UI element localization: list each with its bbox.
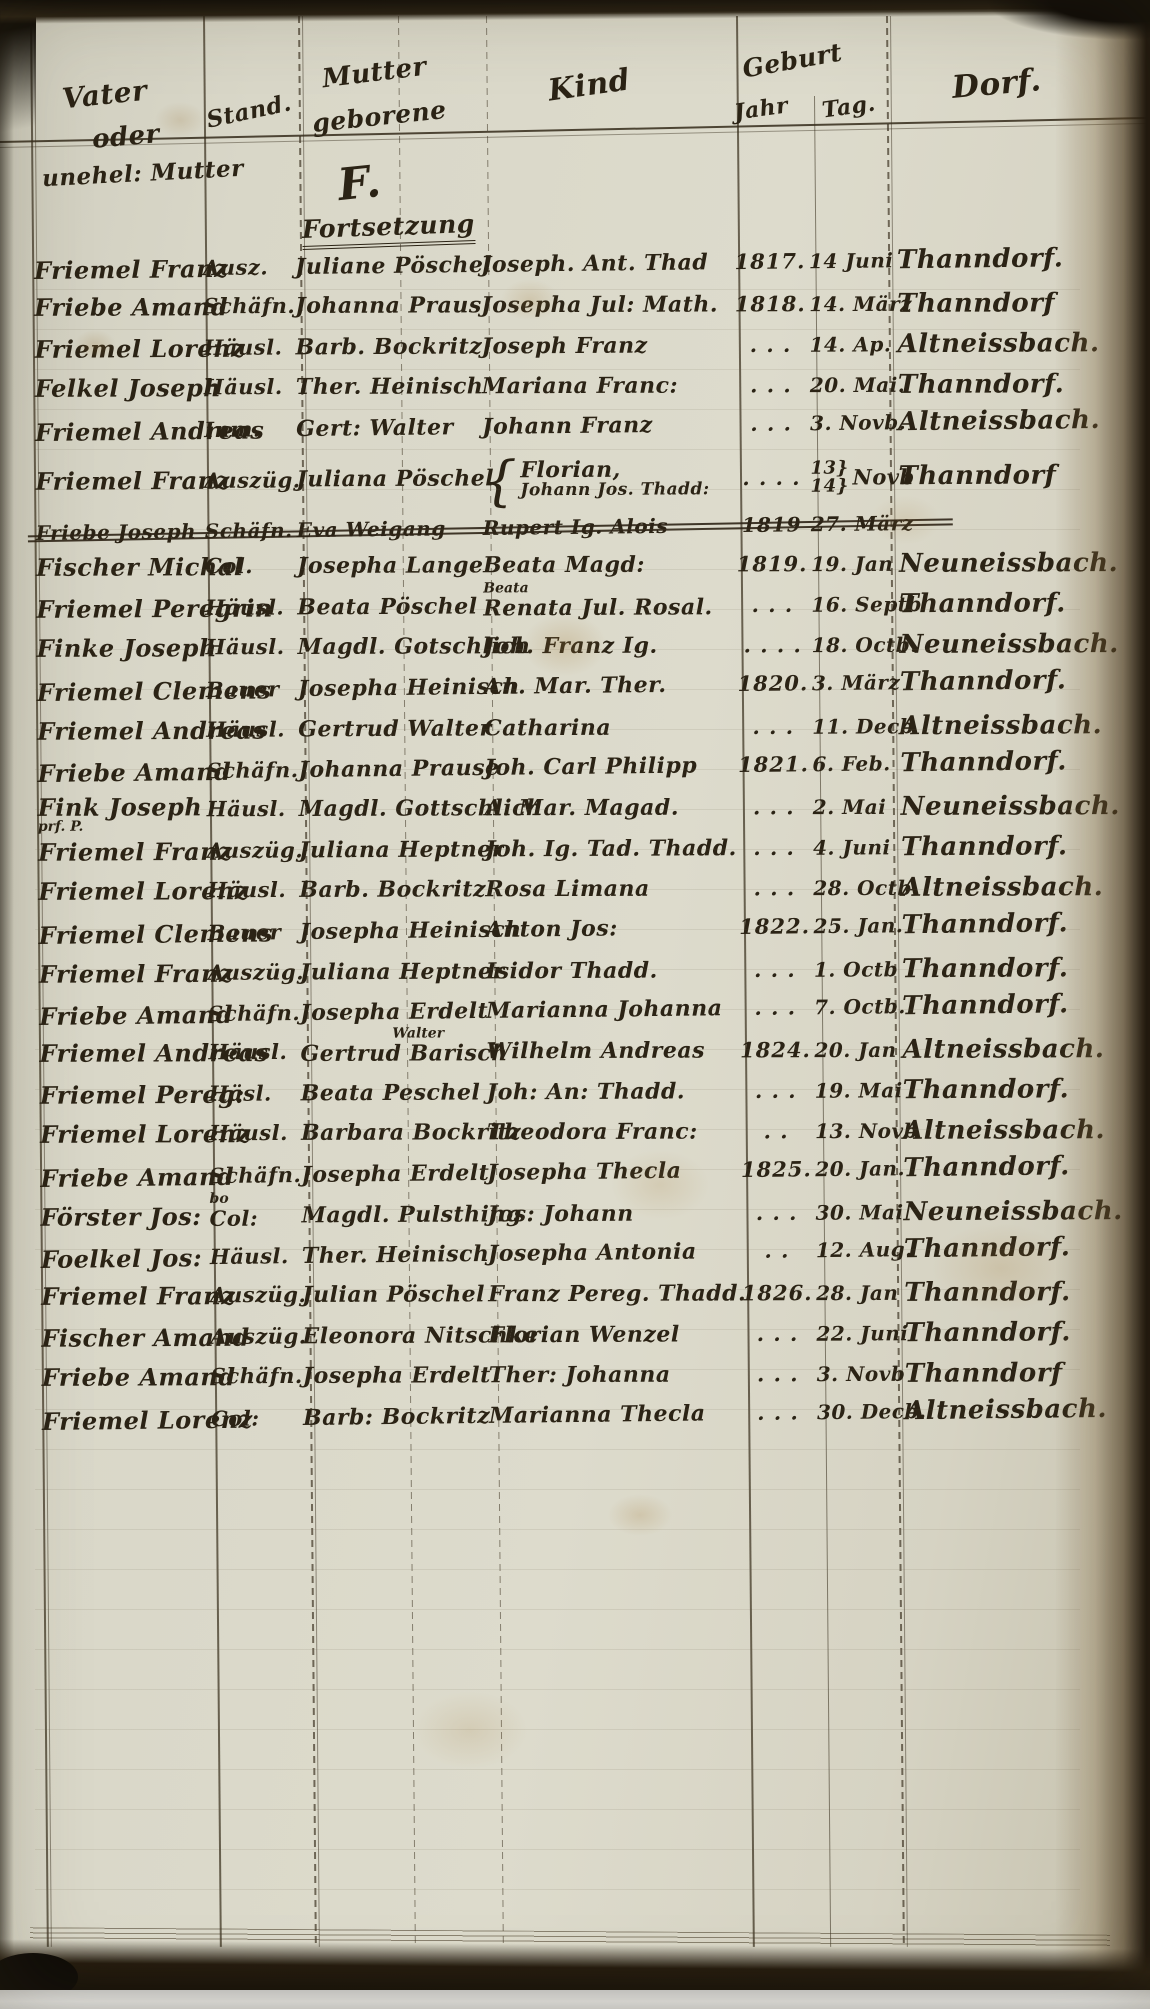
child-cell: Mariana Franc: (482, 374, 732, 398)
stand-cell: Häusl. (201, 597, 297, 620)
father-cell: Friebe Amand (34, 1363, 207, 1389)
village-cell: Thanndorf. (884, 370, 1102, 398)
village-cell: Altneissbach. (891, 1395, 1109, 1425)
mother-cell: Magdl. Pulsthing (302, 1203, 488, 1227)
birth-year-cell: . . . (739, 1401, 817, 1424)
stand-cell: Auszüg. (204, 961, 300, 984)
village-cell: Altneissbach. (889, 1116, 1107, 1144)
birth-year-cell: . . . (736, 996, 814, 1019)
birth-day-cell: 14 Juni (809, 250, 883, 272)
birth-day-cell: 14. März (809, 293, 883, 314)
birth-day-cell: 6. Feb. (812, 753, 886, 775)
father-cell: Friemel Franz (26, 256, 199, 283)
birth-day-cell: 16. Septb (811, 594, 885, 615)
page-stack-lines (30, 1927, 1110, 1949)
birth-year-cell: 1818. (731, 293, 809, 315)
birth-day-cell: 4. Juni (813, 837, 887, 858)
child-cell: Anton Jos: (485, 916, 735, 942)
header-birth-day: Tag. (820, 90, 877, 123)
header-child: Kind (546, 62, 632, 108)
birth-year-cell: 1821. (734, 753, 812, 776)
birth-year-cell: . . . (738, 1201, 816, 1223)
father-cell: Friebe Amand (29, 759, 202, 786)
stand-cell: Schäfn. (207, 1365, 303, 1387)
stand-cell: Auszüg. (206, 1284, 302, 1306)
mother-cell: Eleonora Nitschke (302, 1324, 488, 1348)
father-cell: Friemel Andreas (27, 418, 200, 445)
header-stand: Stand. (204, 89, 294, 133)
birth-year-cell: 1824. (736, 1039, 814, 1061)
stand-cell: Schäfn. (199, 295, 295, 317)
mother-cell: Josepha Heinisch (300, 919, 486, 944)
child-cell: Josepha Jul: Math. (481, 293, 731, 317)
birth-year-cell: . . . (735, 837, 813, 859)
father-cell: Friebe Amand (31, 1002, 204, 1029)
village-cell: Thanndorf. (889, 1076, 1107, 1104)
village-cell: Thanndorf. (883, 245, 1101, 275)
table-row: Friemel Lorenz Häusl. Barb. Bockritz Jos… (26, 323, 1101, 369)
stand-cell: Häusl. (204, 1041, 300, 1063)
stand-cell: Col: (207, 1407, 303, 1430)
village-cell (885, 520, 1103, 522)
father-cell: Friemel Clemens (31, 921, 204, 948)
village-cell: Thanndorf. (887, 833, 1105, 861)
birth-year-cell: 1822. (735, 915, 813, 938)
birth-day-cell: 20. Mai. (810, 374, 884, 395)
header-village: Dorf. (951, 62, 1043, 106)
header-father-line3: unehel: Mutter (41, 155, 244, 193)
village-cell: Altneissbach. (884, 407, 1102, 437)
father-cell: Finke Joseph (29, 634, 202, 660)
village-cell: Altneissbach. (887, 873, 1105, 901)
mother-cell: Josepha Heinisch (298, 676, 484, 701)
mother-cell: Juliana Pöschel (296, 467, 482, 491)
child-cell: Joseph. Ant. Thad (481, 251, 731, 277)
cover-corner (0, 1953, 78, 2001)
village-cell: Thanndorf. (886, 747, 1104, 777)
village-cell: Neuneissbach. (886, 630, 1119, 658)
table-row: Fink Josephprf. P. Häusl. Magdl. Gottsch… (30, 786, 1105, 830)
village-cell: Thanndorf. (887, 909, 1105, 939)
birth-year-cell: . . . (735, 877, 813, 899)
birth-day-cell: 28. Jan (816, 1282, 890, 1303)
stand-cell: Häusl. (202, 636, 298, 658)
village-cell: Altneissbach. (886, 711, 1104, 739)
birth-year-cell: . . . (736, 958, 814, 980)
birth-year-cell: . . . (739, 1363, 817, 1385)
birth-day-cell: 1. Octb (814, 959, 888, 980)
village-cell: Thanndorf. (890, 1278, 1108, 1306)
rule-header-bottom-2 (0, 123, 1150, 148)
village-cell: Neuneissbach. (887, 792, 1120, 820)
stand-cell: Häusl. (206, 1245, 302, 1268)
mother-cell: Juliana Heptner (299, 838, 485, 862)
birth-year-cell: 1826. (738, 1282, 816, 1304)
rule-header-bottom-1 (0, 117, 1150, 143)
father-cell: Friemel Andreas (29, 717, 202, 743)
stand-cell: Häusl. (203, 798, 299, 820)
section-letter: F. (335, 156, 383, 211)
table-row: Friemel Peregrin Häusl. Beata Pöschel Be… (28, 583, 1103, 629)
mother-cell: Julian Pöschel (302, 1282, 488, 1306)
birth-year-cell: . . (738, 1239, 816, 1262)
table-row: Friemel Franz Auszüg. Julian Pöschel Fra… (33, 1272, 1108, 1316)
birth-day-cell: 3. Novb. (810, 412, 884, 434)
birth-day-cell: 20. Jan. (815, 1158, 889, 1180)
father-cell: Friemel Franz (30, 839, 203, 865)
stand-cell: Häusl. (205, 1122, 301, 1144)
child-cell: Rosa Limana (485, 877, 735, 901)
birth-year-cell: . . . . (734, 634, 812, 656)
child-cell: An. Mar. Ther. (484, 673, 734, 699)
mother-cell: Juliana Heptner (300, 960, 486, 984)
header-father-line2: oder (91, 119, 161, 155)
table-row: Friemel Pereg: Häsl. Beata Peschel Joh: … (32, 1069, 1107, 1115)
birth-day-cell: 12. Aug. (816, 1239, 890, 1261)
header-birth: Geburt (740, 37, 844, 83)
birth-day-cell: 19. Mai (815, 1080, 889, 1101)
child-cell: Theodora Franc: (487, 1120, 737, 1144)
stand-cell: Häusl. (200, 337, 296, 360)
birth-day-cell: 7. Octb. (814, 996, 888, 1018)
father-cell: Felkel Joseph (27, 374, 200, 400)
father-cell: Friebe Amand (26, 293, 199, 319)
village-cell: Thanndorf (884, 462, 1102, 490)
birth-day-cell: 30. Decb. (817, 1401, 891, 1423)
stand-cell: Häsl. (205, 1083, 301, 1106)
mother-cell: Johanna Praus (295, 294, 481, 318)
book-bottom-edge (0, 1939, 1150, 2001)
header-mother-line1: Mutter (321, 52, 429, 95)
child-cell: Beata Magd: (483, 553, 733, 577)
village-cell: Neuneissbach. (885, 549, 1118, 577)
birth-year-cell: . . . (732, 374, 810, 396)
register-page-scan: Vater oder unehel: Mutter Stand. Mutter … (0, 0, 1150, 2009)
mother-cell: Barb. Bockritz (299, 877, 485, 901)
mother-cell: Johanna Prause (298, 757, 484, 782)
birth-year-cell: . . . (731, 334, 809, 356)
birth-year-cell: 1825. (737, 1158, 815, 1181)
twin-brace: { (482, 459, 517, 502)
child-cell: {Florian,Johann Jos. Thadd: (482, 456, 732, 500)
father-cell: Friemel Franz (31, 960, 204, 986)
child-cell: Rupert Ig. Alois (483, 514, 733, 538)
birth-day-cell: 11. Decb (812, 716, 886, 737)
table-row: Friebe Amand Schäfn. Johanna Praus Josep… (26, 283, 1101, 327)
mother-cell: Ther. Heinisch (302, 1243, 488, 1268)
register-rows: Friemel Franz Ausz. Juliane Pöschel Jose… (26, 240, 1109, 1439)
mother-cell: Josepha Erdelt (301, 1162, 487, 1187)
birth-day-cell: 13. Novb (815, 1120, 889, 1141)
village-cell: Thanndorf (891, 1359, 1109, 1387)
birth-year-cell: 1817. (731, 250, 809, 273)
birth-day-cell: 2. Mai (813, 796, 887, 817)
father-cell: Friemel Lorenz (30, 877, 203, 903)
birth-day-cell: 27. März (811, 512, 885, 534)
village-cell: Altneissbach. (883, 330, 1101, 358)
mother-cell: Magdl. Gottschlich (299, 796, 485, 820)
birth-year-cell: . . . (732, 412, 810, 435)
child-cell: Marianna Johanna (486, 997, 736, 1023)
mother-cell: Beata Pöschel (297, 595, 483, 619)
child-cell: Joseph Franz (481, 334, 731, 358)
birth-year-cell: . . (737, 1120, 815, 1142)
stand-cell: Bauer (202, 678, 298, 701)
father-cell: Foelkel Jos: (33, 1245, 206, 1272)
birth-day-cell: 3. März (812, 672, 886, 694)
birth-day-cell: 25. Jan. (813, 915, 887, 937)
village-cell: Thanndorf. (888, 954, 1106, 982)
birth-day-cell: 19. Jan (811, 553, 885, 574)
village-cell: Thanndorf. (890, 1233, 1108, 1263)
child-cell: Jos: Johann (488, 1201, 738, 1225)
village-cell: Thanndorf. (885, 590, 1103, 618)
child-cell: Joh. Franz Ig. (484, 634, 734, 658)
birth-day-cell: 14. Ap. (809, 334, 883, 355)
header-father-line1: Vater (61, 74, 149, 116)
table-row: Fischer Michal Col. Josepha Lange Beata … (28, 543, 1103, 587)
child-cell: Josepha Antonia (488, 1240, 738, 1266)
stand-cell: Häusl. (200, 376, 296, 398)
table-row: Fischer Amand Auszüg. Eleonora Nitschke … (33, 1312, 1108, 1358)
village-cell: Thanndorf. (886, 667, 1104, 697)
stand-cell: Schäfn. (202, 759, 298, 782)
stand-cell: Häusl. (203, 879, 299, 901)
birth-day-cell: 20. Jan (814, 1039, 888, 1060)
child-cell: Wilhelm Andreas (486, 1039, 736, 1063)
mother-cell: Gert: Walter (296, 416, 482, 441)
village-cell: Thanndorf (883, 289, 1101, 317)
mother-cell: Ther. Heinisch (296, 375, 482, 399)
stand-cell: Auszüg. (200, 469, 296, 492)
father-cell: Friemel Lorenz (34, 1407, 207, 1434)
village-cell: Neuneissbach. (890, 1197, 1123, 1226)
father-cell: Friemel Clemens (29, 678, 202, 705)
stand-cell: Auszüg. (203, 840, 299, 863)
father-cell: Friebe Joseph (28, 520, 201, 543)
village-cell: Altneissbach. (888, 1035, 1106, 1063)
child-cell: Florian Wenzel (488, 1323, 738, 1347)
mother-cell: Juliane Pöschel (295, 254, 481, 279)
rule-table-top (25, 9, 1115, 17)
stand-cell: Schäfn. (204, 1002, 300, 1025)
child-cell: Johann Franz (482, 413, 732, 439)
child-cell: Isidor Thadd. (486, 958, 736, 982)
child-cell: Catharina (484, 715, 734, 739)
stand-cell: Schäfn. (205, 1164, 301, 1187)
mother-cell: Eva Weigang (297, 517, 483, 540)
father-cell: Friemel Pereg: (32, 1082, 205, 1108)
mother-cell: WalterGertrud Barisch (300, 1037, 486, 1066)
birth-day-cell: 13}14}Novb (810, 459, 884, 495)
father-cell: Friemel Franz (27, 468, 200, 494)
table-row: Friemel Franz Auszüg. Juliana Heptner Jo… (30, 826, 1105, 872)
father-cell: Fischer Michal (28, 553, 201, 579)
child-cell: A. Mar. Magad. (485, 796, 735, 820)
birth-year-cell: 1819 (733, 513, 811, 535)
father-cell: Fink Josephprf. P. (30, 793, 203, 825)
birth-day-cell: 3. Novb (817, 1363, 891, 1384)
mother-cell: Barb: Bockritz (303, 1405, 489, 1430)
header-birth-year: Jahr (732, 92, 789, 125)
father-cell: Fischer Amand (33, 1325, 206, 1351)
village-cell: Thanndorf. (890, 1319, 1108, 1347)
mother-cell: Josepha Erdelt (300, 1000, 486, 1025)
mother-cell: Josepha Erdelt (303, 1363, 489, 1387)
birth-year-cell: . . . (734, 715, 812, 737)
stand-cell: Col. (201, 555, 297, 577)
father-cell: Förster Jos: (33, 1203, 206, 1229)
birth-year-cell: 1820. (734, 672, 812, 695)
stand-cell: Bauer (204, 921, 300, 944)
birth-year-cell: . . . . (732, 466, 810, 488)
scanner-strip (0, 1990, 1150, 2009)
child-cell: Franz Pereg. Thadd. (488, 1282, 738, 1306)
stand-cell: boCol: (206, 1202, 302, 1230)
birth-year-cell: . . . (733, 594, 811, 616)
father-cell: Friebe Amand (32, 1164, 205, 1191)
birth-year-cell: . . . (735, 796, 813, 818)
stand-cell: Häusl. (202, 718, 298, 741)
stand-cell: Inm. (200, 418, 296, 441)
table-row: Friemel Andreas Häusl. WalterGertrud Bar… (31, 1029, 1106, 1073)
father-cell: Friemel Franz (33, 1282, 206, 1308)
child-cell: Marianna Thecla (489, 1402, 739, 1428)
mother-cell: Barb. Bockritz (295, 335, 481, 359)
child-cell: Joh: An: Thadd. (487, 1080, 737, 1104)
birth-day-cell: 30. Mai (816, 1202, 890, 1223)
mother-cell: Barbara Bockritz (301, 1120, 487, 1144)
birth-day-cell: 28. Octb (813, 877, 887, 898)
village-cell: Thanndorf. (888, 990, 1106, 1020)
book-top-right-corner (950, 0, 1150, 46)
mother-cell: Josepha Lange (297, 553, 483, 577)
birth-day-cell: 18. Octb. (812, 634, 886, 655)
child-cell: Josepha Thecla (487, 1159, 737, 1185)
birth-year-cell: 1819. (733, 553, 811, 575)
father-cell: Friemel Peregrin (28, 596, 201, 622)
father-cell: Friemel Lorenz (32, 1120, 205, 1146)
stand-cell: Ausz. (199, 256, 295, 279)
birth-year-cell: . . . (737, 1080, 815, 1102)
birth-day-cell: 22. Juni (816, 1323, 890, 1344)
table-row: Friemel Franz Auszüg. Juliana Pöschel {F… (27, 445, 1102, 513)
mother-cell: Beata Peschel (301, 1081, 487, 1105)
mother-cell: Gertrud Walter (298, 717, 484, 741)
father-cell: Friemel Lorenz (26, 336, 199, 362)
child-cell: Ther: Johanna (489, 1363, 739, 1387)
stand-cell: Auszüg. (206, 1326, 302, 1349)
mother-cell: Magdl. Gotschlich (298, 634, 484, 658)
child-cell: Joh. Carl Philipp (484, 754, 734, 780)
child-cell: Joh. Ig. Tad. Thadd. (485, 837, 735, 861)
stand-cell: Schäfn. (201, 519, 297, 541)
village-cell: Thanndorf. (889, 1152, 1107, 1182)
child-cell: BeataRenata Jul. Rosal. (483, 591, 733, 620)
father-cell: Friemel Andreas (31, 1039, 204, 1065)
gutter-shadow (0, 0, 14, 2009)
birth-year-cell: . . . (738, 1323, 816, 1345)
